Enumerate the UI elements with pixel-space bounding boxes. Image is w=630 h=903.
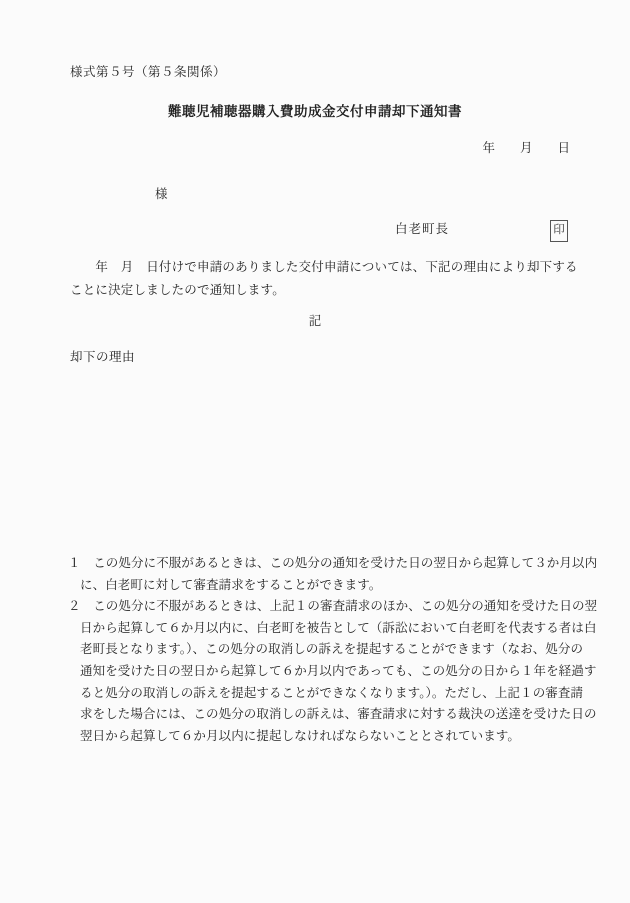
seal-box: 印 bbox=[550, 220, 568, 242]
document-page: 様式第５号（第５条関係） 難聴児補聴器購入費助成金交付申請却下通知書 年 月 日… bbox=[0, 0, 630, 903]
legal-note-2: ２ この処分に不服があるときは、上記１の審査請求のほか、この処分の通知を受けた日… bbox=[68, 596, 622, 747]
ki-heading: 記 bbox=[0, 315, 630, 328]
legal-notes-list: １ この処分に不服があるときは、この処分の通知を受けた日の翌日から起算して３か月… bbox=[68, 553, 622, 747]
notification-paragraph: 年 月 日付けで申請のありました交付申請については、下記の理由により却下する こ… bbox=[70, 256, 590, 301]
seal-label: 印 bbox=[553, 225, 565, 237]
recipient-honorific: 様 bbox=[155, 188, 168, 201]
issuer-name: 白老町長 bbox=[395, 223, 449, 236]
document-title: 難聴児補聴器購入費助成金交付申請却下通知書 bbox=[0, 105, 630, 119]
rejection-reason-label: 却下の理由 bbox=[70, 351, 135, 364]
form-number: 様式第５号（第５条関係） bbox=[70, 66, 226, 79]
issue-date-line: 年 月 日 bbox=[482, 142, 570, 155]
legal-note-1: １ この処分に不服があるときは、この処分の通知を受けた日の翌日から起算して３か月… bbox=[68, 553, 622, 596]
issuer-line: 白老町長 印 bbox=[0, 220, 630, 244]
